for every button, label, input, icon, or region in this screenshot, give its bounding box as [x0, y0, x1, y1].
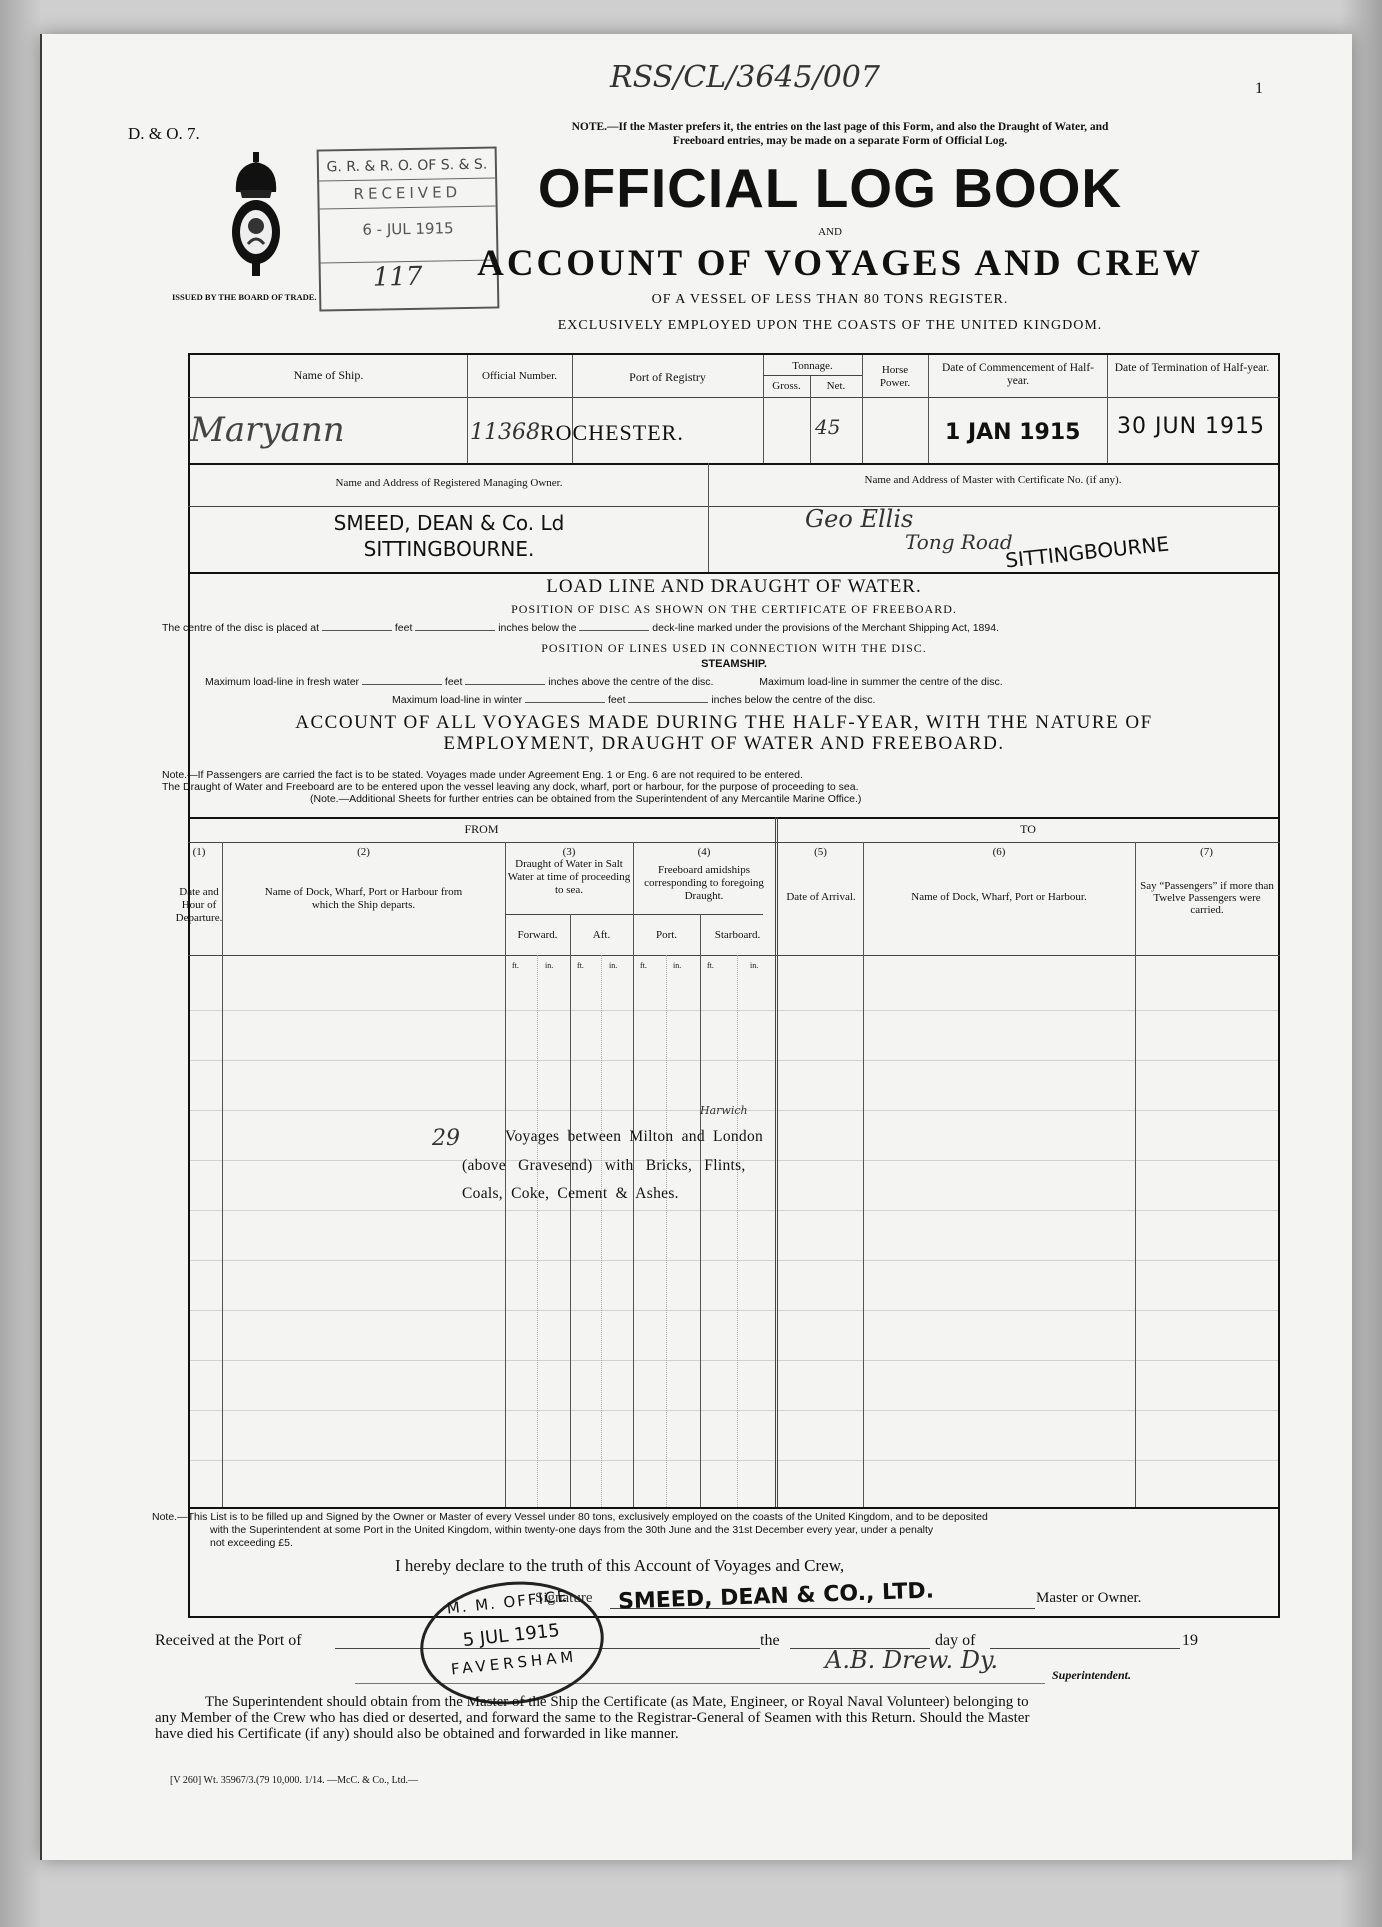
superintendent-note: The Superintendent should obtain from th… [155, 1694, 1265, 1742]
form-code: D. & O. 7. [128, 124, 200, 144]
unit-in: in. [609, 961, 617, 970]
page-number: 1 [1255, 80, 1263, 98]
from-label: FROM [188, 822, 775, 837]
received-stamp: G. R. & R. O. OF S. & S. RECEIVED 6 - JU… [317, 146, 500, 311]
received-month-field[interactable] [990, 1648, 1180, 1649]
col3-num: (3) [505, 846, 633, 858]
col6-num: (6) [863, 846, 1135, 858]
subcol-port: Port. [633, 929, 700, 941]
superintendent-signature[interactable]: A.B. Drew. Dy. [825, 1646, 998, 1674]
winter-inches-field[interactable] [628, 702, 708, 703]
title-sub: ACCOUNT OF VOYAGES AND CREW [445, 242, 1235, 285]
col5-label: Date of Arrival. [786, 891, 856, 904]
received-port-label: Received at the Port of [155, 1632, 302, 1650]
to-label: TO [778, 822, 1278, 837]
fresh-text-a: Maximum load-line in fresh water [205, 676, 359, 688]
disc-inches-field[interactable] [415, 630, 495, 631]
title-vessel-size: OF A VESSEL OF LESS THAN 80 TONS REGISTE… [470, 292, 1190, 308]
winter-text-b: feet [608, 694, 626, 706]
termination-date-value[interactable]: 30 JUN 1915 [1117, 414, 1265, 439]
top-note-line1: NOTE.—If the Master prefers it, the entr… [440, 120, 1240, 134]
fresh-text-b: feet [445, 676, 463, 688]
header-tonnage: Tonnage. [763, 360, 862, 372]
col6-label: Name of Dock, Wharf, Port or Harbour. [893, 891, 1105, 904]
col4-label: Freeboard amidships corresponding to for… [635, 864, 773, 903]
account-notes: Note.—If Passengers are carried the fact… [162, 769, 1272, 805]
disc-heading: POSITION OF DISC AS SHOWN ON THE CERTIFI… [190, 602, 1278, 617]
header-ship-name: Name of Ship. [190, 368, 467, 383]
fresh-text-c: inches above the centre of the disc. [548, 676, 713, 688]
header-termination: Date of Termination of Half-year. [1112, 362, 1272, 375]
bottom-note: Note.—This List is to be filled up and S… [152, 1511, 1278, 1550]
voyage-line2[interactable]: (above Gravesend) with Bricks, Flints, [462, 1157, 746, 1175]
voyage-line3[interactable]: Coals, Coke, Cement & Ashes. [462, 1185, 679, 1203]
winter-line: Maximum load-line in winter feet inches … [392, 694, 1092, 706]
bottom-note-line2: with the Superintendent at some Port in … [152, 1524, 1278, 1537]
printer-imprint: [V 260] Wt. 35967/3.(79 10,000. 1/14. —M… [170, 1775, 418, 1786]
royal-crest-icon [228, 152, 284, 282]
header-port-of-registry: Port of Registry [572, 370, 763, 385]
master-name-value[interactable]: Geo Ellis [805, 505, 913, 533]
winter-feet-field[interactable] [525, 702, 605, 703]
received-stamp-office: G. R. & R. O. OF S. & S. [319, 148, 495, 181]
header-horse-power: Horse Power. [866, 364, 924, 390]
account-title-line1: ACCOUNT OF ALL VOYAGES MADE DURING THE H… [168, 712, 1280, 733]
subcol-aft: Aft. [570, 929, 633, 941]
received-stamp-label: RECEIVED [319, 178, 495, 209]
account-note1: Note.—If Passengers are carried the fact… [162, 769, 1272, 781]
archive-reference: RSS/CL/3645/007 [610, 60, 880, 95]
lines-heading: POSITION OF LINES USED IN CONNECTION WIT… [190, 641, 1278, 656]
load-line-title: LOAD LINE AND DRAUGHT OF WATER. [190, 576, 1278, 598]
net-tonnage-value[interactable]: 45 [815, 415, 840, 439]
unit-in: in. [750, 961, 758, 970]
subcol-starboard: Starboard. [700, 929, 775, 941]
unit-ft: ft. [512, 961, 519, 970]
summer-text: Maximum load-line in summer the centre o… [759, 676, 1002, 688]
header-commencement: Date of Commencement of Half-year. [935, 362, 1101, 388]
title-main: OFFICIAL LOG BOOK [490, 158, 1170, 218]
declaration-text: I hereby declare to the truth of this Ac… [395, 1556, 844, 1576]
col7-label: Say “Passengers” if more than Twelve Pas… [1138, 880, 1276, 916]
col5-num: (5) [778, 846, 863, 858]
subcol-forward: Forward. [505, 929, 570, 941]
fresh-water-line: Maximum load-line in fresh water feet in… [205, 676, 1265, 688]
superintendent-note-line3: have died his Certificate (if any) shoul… [155, 1726, 1265, 1742]
winter-text-a: Maximum load-line in winter [392, 694, 522, 706]
master-or-owner-label: Master or Owner. [1036, 1590, 1141, 1607]
superintendent-note-line2: any Member of the Crew who has died or d… [155, 1710, 1265, 1726]
received-the-label: the [760, 1632, 780, 1650]
header-gross: Gross. [763, 380, 810, 392]
disc-text-c: inches below the [498, 622, 576, 634]
disc-text-d: deck-line marked under the provisions of… [652, 622, 999, 634]
fresh-inches-field[interactable] [465, 684, 545, 685]
disc-text-a: The centre of the disc is placed at [162, 622, 319, 634]
unit-ft: ft. [707, 961, 714, 970]
port-of-registry-value[interactable]: ROCHESTER. [540, 420, 684, 446]
voyage-count[interactable]: 29 [432, 1126, 460, 1151]
superintendent-label: Superintendent. [1052, 1668, 1131, 1683]
unit-in: in. [673, 961, 681, 970]
unit-ft: ft. [577, 961, 584, 970]
disc-deck-field[interactable] [579, 630, 649, 631]
top-note: NOTE.—If the Master prefers it, the entr… [440, 120, 1240, 148]
col3-label: Draught of Water in Salt Water at time o… [507, 858, 631, 897]
winter-text-c: inches below the centre of the disc. [711, 694, 875, 706]
disc-position-line: The centre of the disc is placed at feet… [162, 622, 1282, 634]
unit-ft: ft. [640, 961, 647, 970]
master-label: Name and Address of Master with Certific… [708, 474, 1278, 486]
account-title: ACCOUNT OF ALL VOYAGES MADE DURING THE H… [168, 712, 1280, 754]
bottom-note-line3: not exceeding £5. [152, 1537, 1278, 1550]
owner-label: Name and Address of Registered Managing … [190, 477, 708, 489]
col1-num: (1) [176, 846, 222, 858]
unit-in: in. [545, 961, 553, 970]
top-note-line2: Freeboard entries, may be made on a sepa… [440, 134, 1240, 148]
account-note3: (Note.—Additional Sheets for further ent… [162, 793, 1272, 805]
voyage-insertion-harwich[interactable]: Harwich [700, 1104, 748, 1117]
col7-num: (7) [1135, 846, 1278, 858]
master-address-value[interactable]: Tong Road [905, 530, 1013, 554]
col2-label: Name of Dock, Wharf, Port or Harbour fro… [262, 886, 465, 912]
col1-label: Date and Hour of Departure. [172, 886, 226, 925]
issued-by: ISSUED BY THE BOARD OF TRADE. [172, 292, 317, 302]
title-and: AND [490, 226, 1170, 238]
col2-num: (2) [222, 846, 505, 858]
disc-text-b: feet [395, 622, 413, 634]
owner-value[interactable]: SMEED, DEAN & Co. Ld SITTINGBOURNE. [190, 510, 708, 562]
owner-town: SITTINGBOURNE. [190, 536, 708, 562]
ship-name-value[interactable]: Maryann [190, 410, 345, 450]
account-title-line2: EMPLOYMENT, DRAUGHT OF WATER AND FREEBOA… [168, 733, 1280, 754]
voyage-line1[interactable]: Voyages between Milton and London [505, 1128, 763, 1146]
steamship-label: STEAMSHIP. [190, 658, 1278, 670]
owner-name: SMEED, DEAN & Co. Ld [190, 510, 708, 536]
title-employment: EXCLUSIVELY EMPLOYED UPON THE COASTS OF … [470, 318, 1190, 334]
col4-num: (4) [633, 846, 775, 858]
fresh-feet-field[interactable] [362, 684, 442, 685]
received-year-label: 19 [1182, 1632, 1198, 1650]
superintendent-note-line1: The Superintendent should obtain from th… [155, 1694, 1265, 1710]
header-official-number: Official Number. [467, 370, 572, 382]
account-note2: The Draught of Water and Freeboard are t… [162, 781, 1272, 793]
official-number-value[interactable]: 11368 [470, 420, 540, 445]
header-net: Net. [810, 380, 862, 392]
disc-feet-field[interactable] [322, 630, 392, 631]
commencement-date-value[interactable]: 1 JAN 1915 [945, 420, 1080, 445]
bottom-note-line1: Note.—This List is to be filled up and S… [152, 1511, 1278, 1524]
